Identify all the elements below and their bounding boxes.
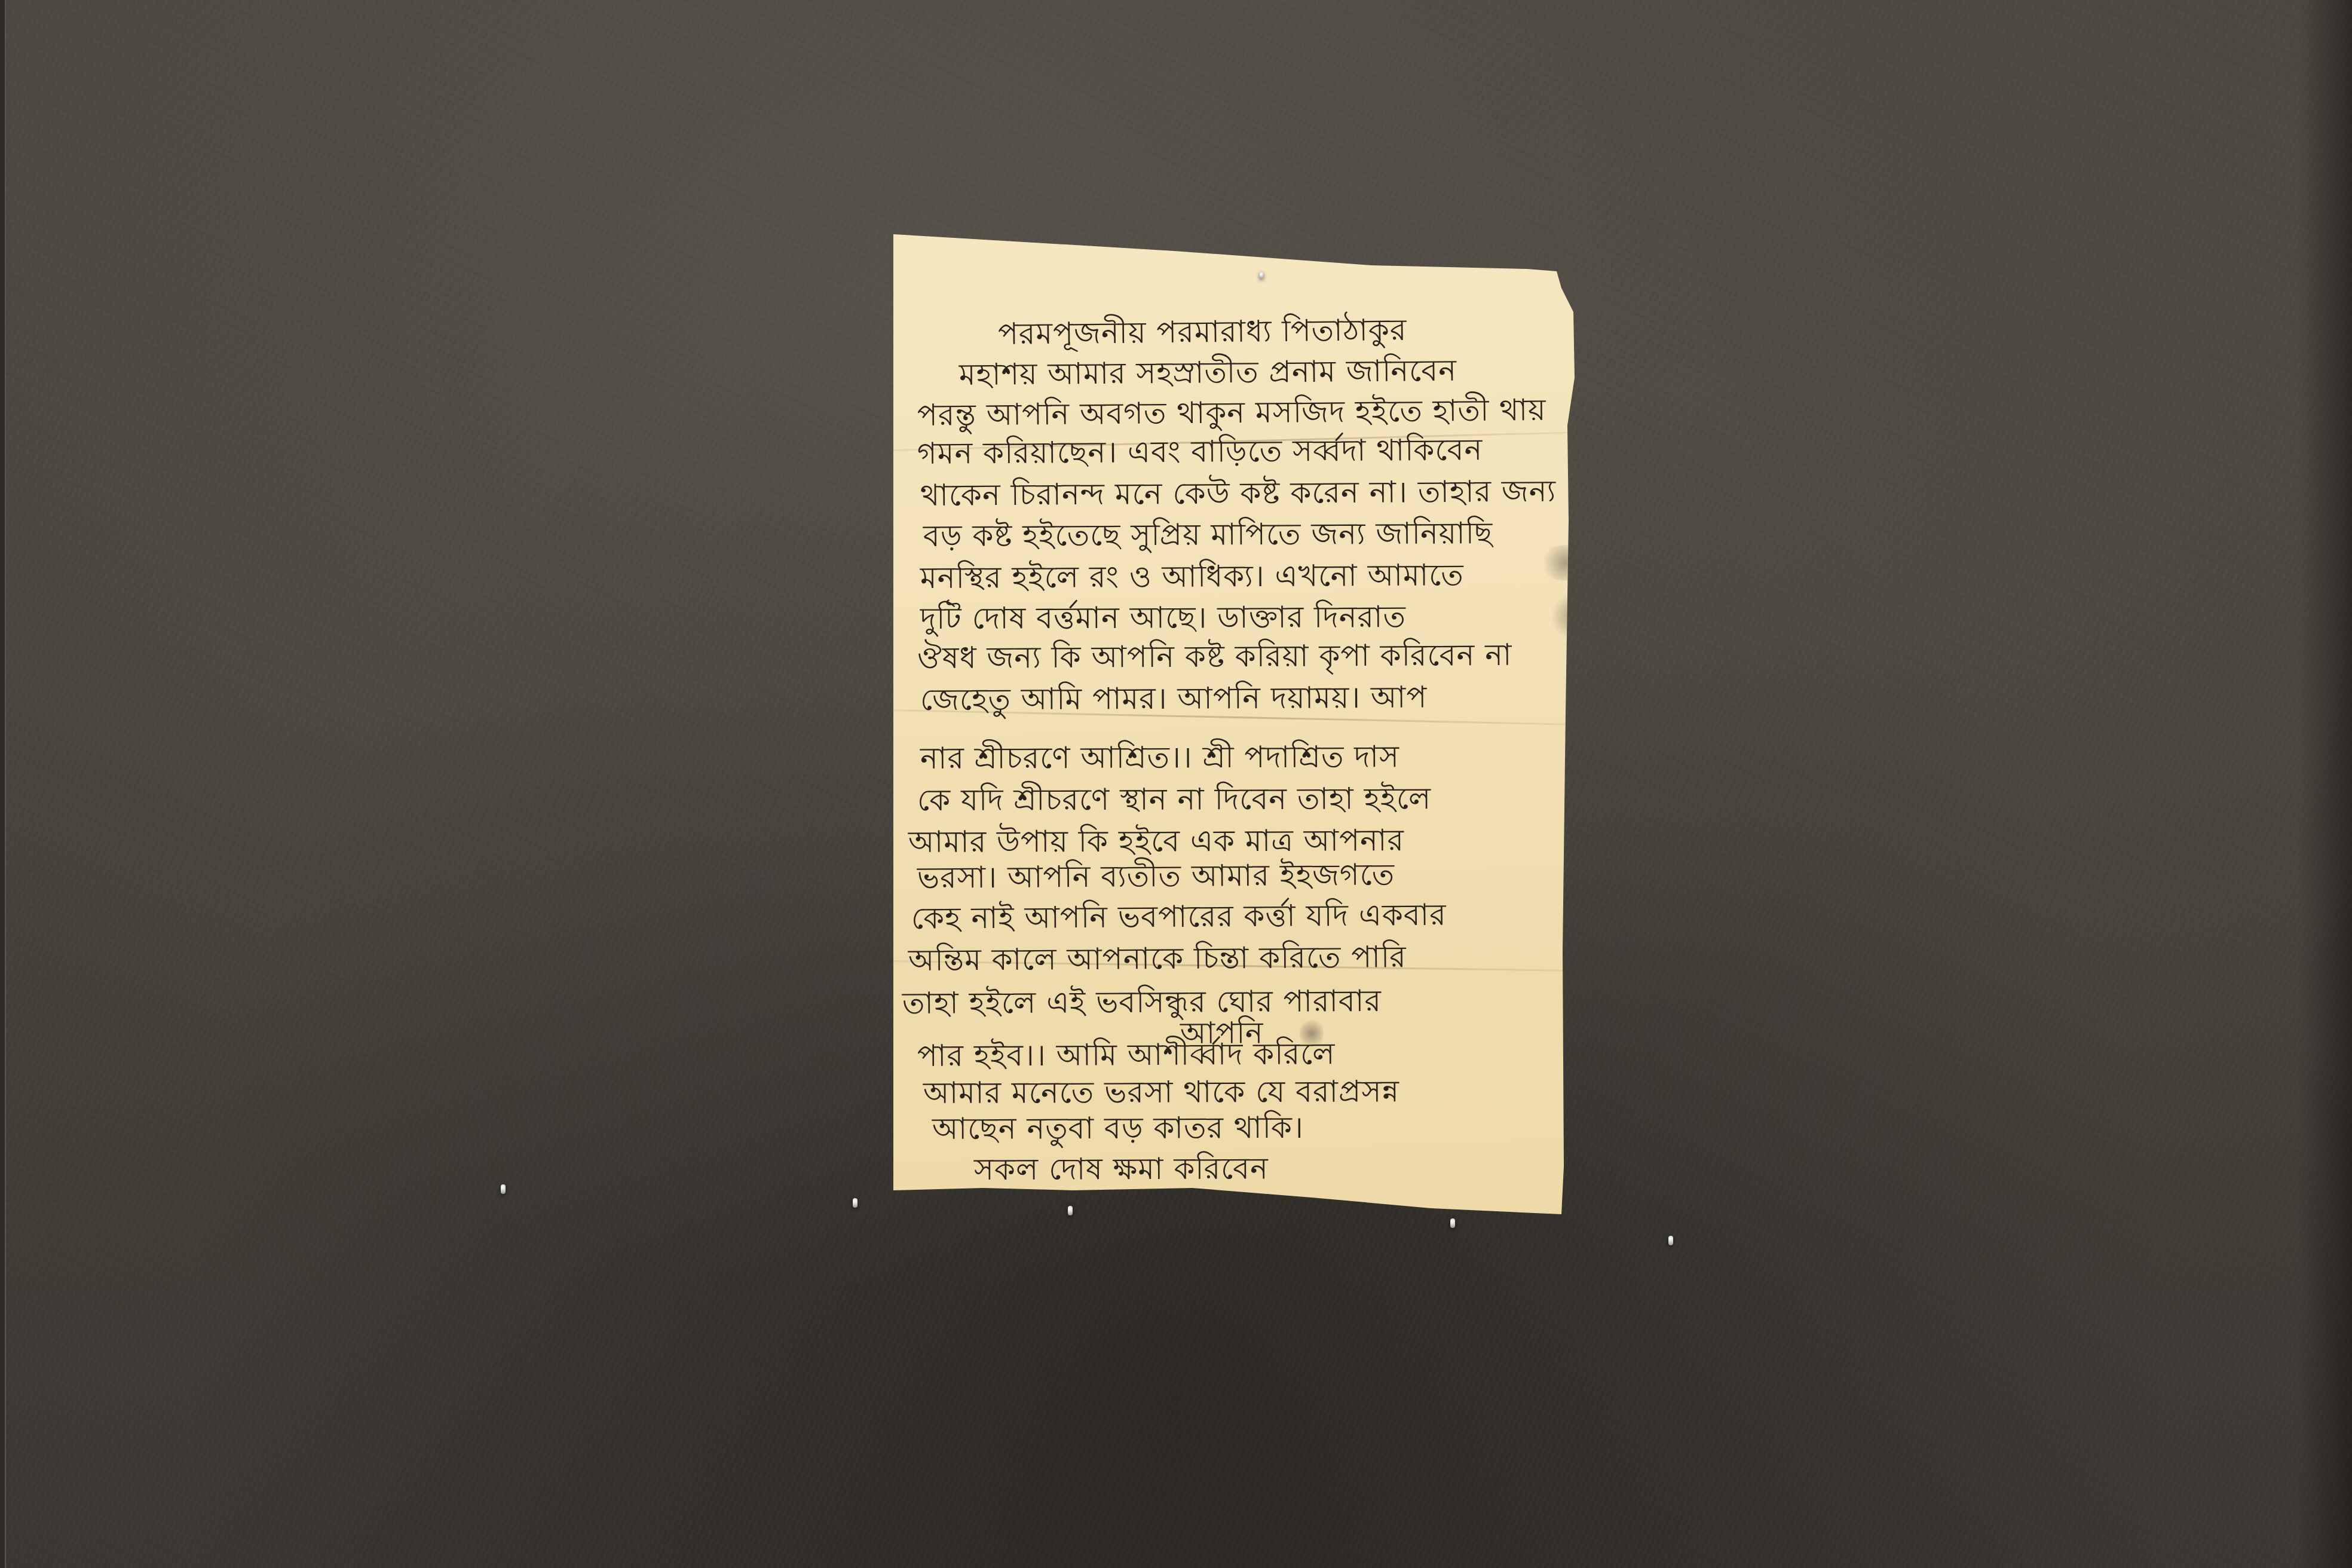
board-left-edge — [0, 0, 6, 1568]
pin-icon — [1450, 1218, 1455, 1228]
letter-line: জেহেতু আমি পামর। আপনি দয়াময়। আপ — [920, 675, 1428, 727]
pin-icon — [1068, 1206, 1073, 1215]
pin-icon — [1260, 272, 1263, 279]
letter-line: তাহা হইলে এই ভবসিন্ধুর ঘোর পারাবার — [902, 979, 1382, 1031]
pin-icon — [853, 1198, 857, 1208]
pin-icon — [501, 1184, 506, 1194]
board-right-shadow — [2298, 0, 2352, 1568]
pin-icon — [1668, 1236, 1673, 1245]
handwritten-letter-paper: পরমপূজনীয় পরমারাধ্য পিতাঠাকুর মহাশয় আম… — [893, 234, 1604, 1214]
letter-body: পরমপূজনীয় পরমারাধ্য পিতাঠাকুর মহাশয় আম… — [893, 234, 1604, 1214]
